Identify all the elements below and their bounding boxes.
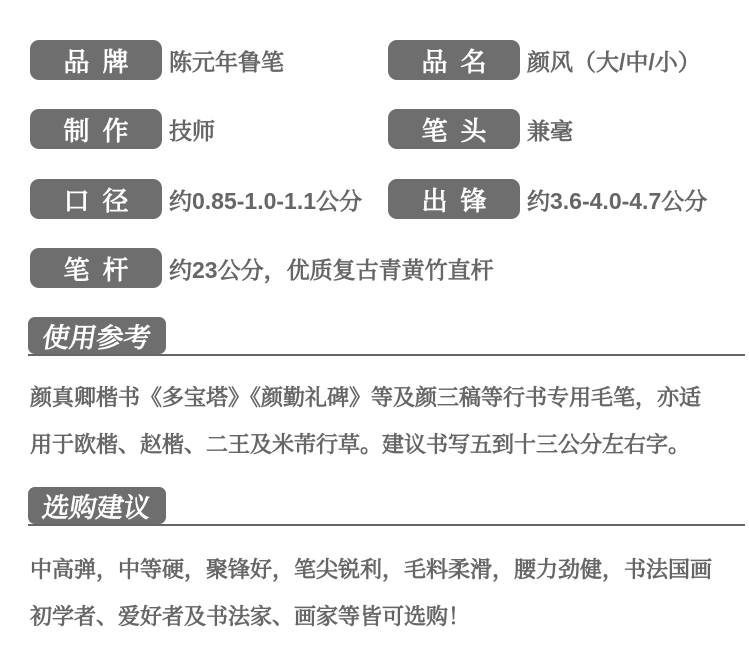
spec-row-maker: 制作 技师 — [30, 109, 215, 149]
section-body-usage: 颜真卿楷书《多宝塔》《颜勤礼碑》等及颜三稿等行书专用毛笔，亦适 用于欧楷、赵楷、… — [30, 374, 730, 468]
spec-label-tip-length: 出锋 — [388, 179, 520, 219]
spec-label-maker: 制作 — [30, 109, 162, 149]
spec-row-shaft: 笔杆 约23公分，优质复古青黄竹直杆 — [30, 248, 494, 288]
section-header-usage: 使用参考 — [28, 317, 745, 356]
buying-text-line-2: 初学者、爱好者及书法家、画家等皆可选购！ — [30, 593, 730, 640]
spec-row-caliber: 口径 约0.85-1.0-1.1公分 — [30, 179, 362, 219]
spec-row-brand: 品牌 陈元年鲁笔 — [30, 40, 284, 80]
spec-value-brush-head: 兼毫 — [527, 113, 573, 146]
section-header-buying: 选购建议 — [28, 487, 745, 526]
spec-row-brush-head: 笔头 兼毫 — [388, 109, 573, 149]
section-title-buying: 选购建议 — [28, 487, 166, 524]
spec-label-product-name: 品名 — [388, 40, 520, 80]
spec-value-maker: 技师 — [169, 113, 215, 146]
section-title-usage: 使用参考 — [28, 317, 166, 354]
spec-row-tip-length: 出锋 约3.6-4.0-4.7公分 — [388, 179, 707, 219]
spec-label-brush-head: 笔头 — [388, 109, 520, 149]
spec-label-brand: 品牌 — [30, 40, 162, 80]
spec-value-brand: 陈元年鲁笔 — [169, 44, 284, 77]
spec-value-shaft: 约23公分，优质复古青黄竹直杆 — [169, 252, 494, 285]
spec-label-shaft: 笔杆 — [30, 248, 162, 288]
spec-value-tip-length: 约3.6-4.0-4.7公分 — [527, 183, 707, 216]
usage-text-line-1: 颜真卿楷书《多宝塔》《颜勤礼碑》等及颜三稿等行书专用毛笔，亦适 — [30, 374, 730, 421]
product-spec-page: 品牌 陈元年鲁笔 品名 颜风（大/中/小） 制作 技师 笔头 兼毫 口径 约0.… — [0, 0, 749, 664]
spec-row-product-name: 品名 颜风（大/中/小） — [388, 40, 701, 80]
spec-value-caliber: 约0.85-1.0-1.1公分 — [169, 183, 362, 216]
buying-text-line-1: 中高弹，中等硬，聚锋好，笔尖锐利，毛料柔滑，腰力劲健，书法国画 — [30, 546, 730, 593]
section-body-buying: 中高弹，中等硬，聚锋好，笔尖锐利，毛料柔滑，腰力劲健，书法国画 初学者、爱好者及… — [30, 546, 730, 640]
spec-value-product-name: 颜风（大/中/小） — [527, 44, 701, 77]
spec-label-caliber: 口径 — [30, 179, 162, 219]
usage-text-line-2: 用于欧楷、赵楷、二王及米芾行草。建议书写五到十三公分左右字。 — [30, 421, 730, 468]
